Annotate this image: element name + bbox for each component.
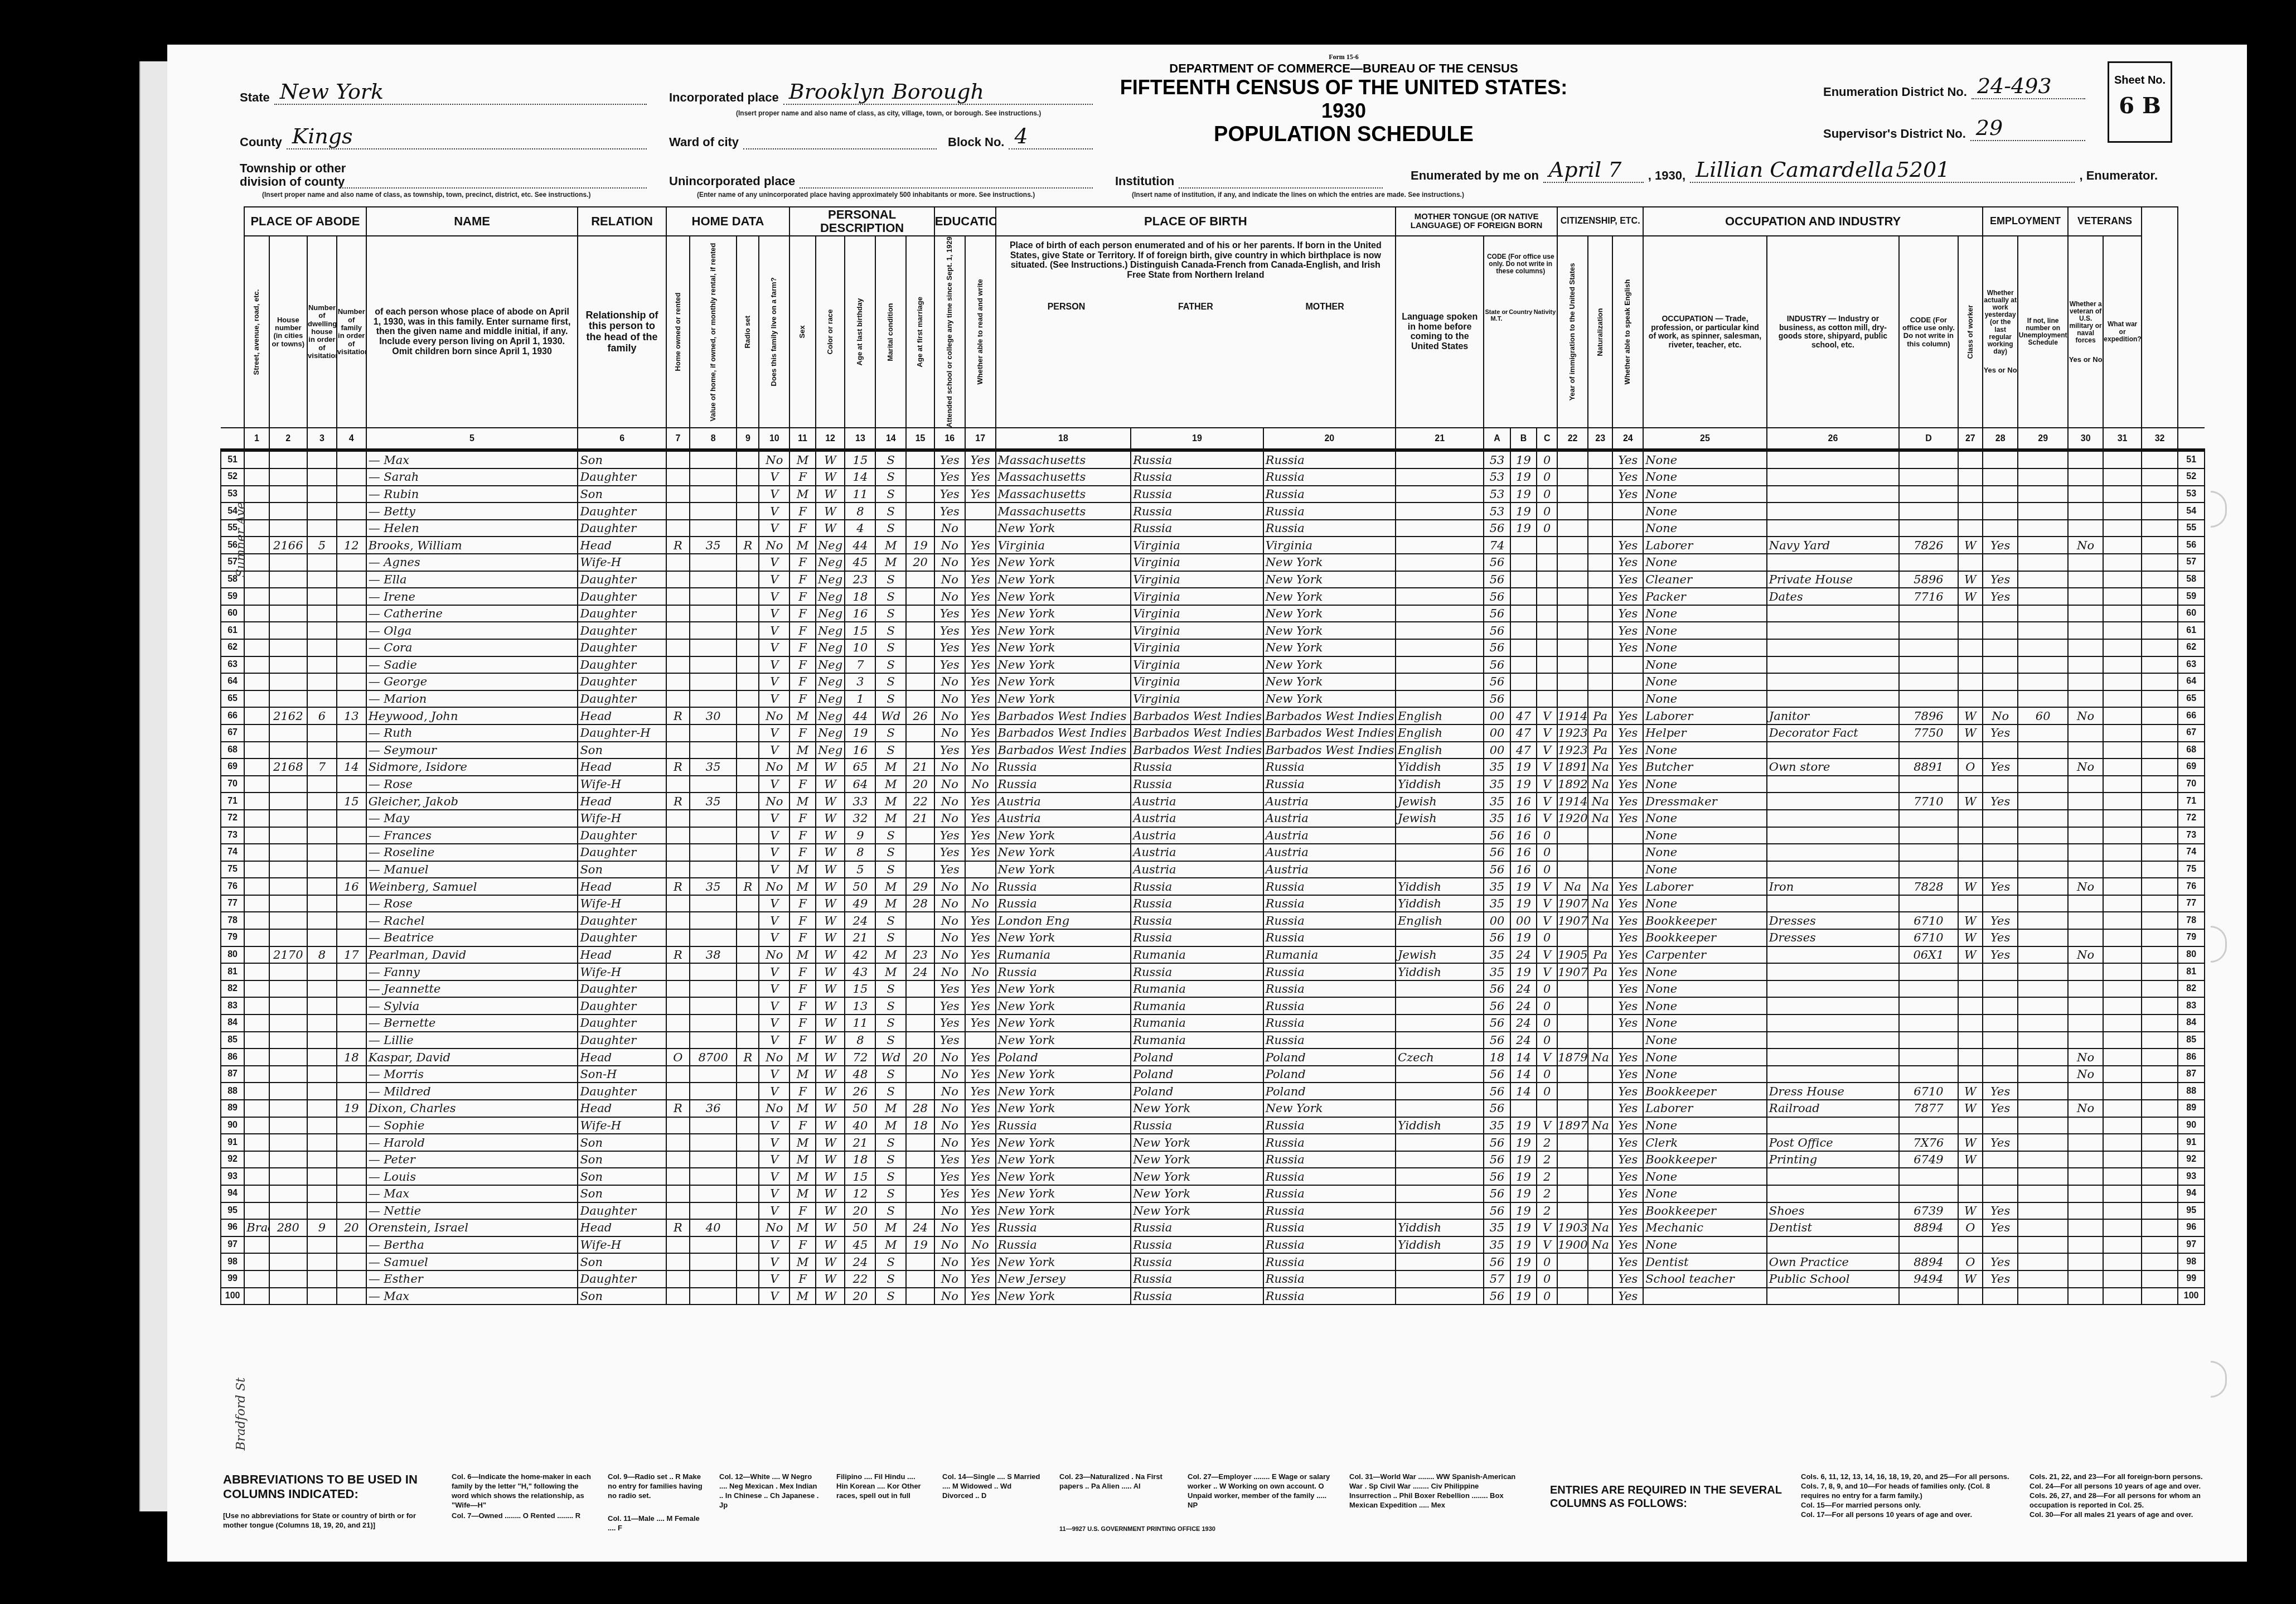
cell-farm: V <box>759 1151 789 1168</box>
cell-farm: No <box>759 1100 789 1117</box>
cell-family: 13 <box>337 707 366 724</box>
col-3-header: Number of dwelling house in order of vis… <box>307 236 337 428</box>
table-row: 692168714Sidmore, IsidoreHeadR35NoMW65M2… <box>221 758 2205 776</box>
cell-dwelling <box>307 861 337 878</box>
cell-work <box>1983 1049 2018 1066</box>
cell-bp-person: Barbados West Indies <box>996 707 1131 724</box>
cell-farm: V <box>759 605 789 622</box>
cell-owned <box>666 997 690 1014</box>
cell-school: No <box>934 588 965 605</box>
cell-english: Yes <box>1612 1151 1643 1168</box>
cell-english: Yes <box>1612 1014 1643 1032</box>
cell-radio <box>737 673 759 690</box>
cell-radio: R <box>737 1049 759 1066</box>
cell-family <box>337 639 366 656</box>
line-number-right: 60 <box>2178 605 2205 622</box>
cell-bp-person: Russia <box>996 1219 1131 1236</box>
cell-natur: Pa <box>1588 724 1612 742</box>
cell-work <box>1983 827 2018 844</box>
cell-language <box>1396 1270 1484 1288</box>
cell-bp-mother: Russia <box>1263 1151 1396 1168</box>
cell-immig: 1907 <box>1557 912 1588 929</box>
cell-code-c: V <box>1537 1117 1557 1134</box>
cell-radio <box>737 1185 759 1202</box>
table-row: 65— MarionDaughterVFNeg1SNoYesNew YorkVi… <box>221 690 2205 708</box>
cell-unemp <box>2018 1288 2068 1305</box>
cell-sex: M <box>789 1049 815 1066</box>
cell-vet <box>2068 639 2103 656</box>
cell-code-d <box>1899 827 1958 844</box>
cell-marital: Wd <box>875 707 906 724</box>
cell-house <box>269 1083 308 1100</box>
cell-class <box>1958 827 1983 844</box>
cell-industry: Own Practice <box>1767 1253 1899 1270</box>
cell-sex: F <box>789 588 815 605</box>
cell-unemp <box>2018 929 2068 946</box>
cell-farm-sched <box>2142 639 2178 656</box>
cell-unemp <box>2018 1202 2068 1220</box>
cell-unemp <box>2018 673 2068 690</box>
cell-age-marr <box>906 1288 934 1305</box>
cell-radio <box>737 742 759 759</box>
cell-bp-father: Russia <box>1131 929 1263 946</box>
cell-dwelling <box>307 1202 337 1220</box>
line-number: 100 <box>221 1288 244 1305</box>
cell-code-a: 56 <box>1484 1253 1510 1270</box>
cell-code-d: 8894 <box>1899 1219 1958 1236</box>
cell-read: Yes <box>965 724 996 742</box>
col-16-header: Attended school or college any time sinc… <box>934 236 965 428</box>
cell-farm-sched <box>2142 486 2178 503</box>
cell-code-d <box>1899 639 1958 656</box>
line-number: 61 <box>221 622 244 639</box>
cell-english: Yes <box>1612 571 1643 588</box>
cell-language: Jewish <box>1396 793 1484 810</box>
cell-read: Yes <box>965 1288 996 1305</box>
cell-code-a: 35 <box>1484 776 1510 793</box>
block-field: Block No. 4 <box>948 128 1093 149</box>
cell-language <box>1396 929 1484 946</box>
cell-industry <box>1767 486 1899 503</box>
cell-code-d: 7716 <box>1899 588 1958 605</box>
cell-age: 16 <box>845 742 875 759</box>
cell-name: — Sarah <box>366 468 578 486</box>
cell-bp-mother: Austria <box>1263 827 1396 844</box>
cell-unemp <box>2018 827 2068 844</box>
cell-bp-mother: Barbados West Indies <box>1263 707 1396 724</box>
cell-sex: M <box>789 1185 815 1202</box>
cell-age: 16 <box>845 605 875 622</box>
cell-owned <box>666 503 690 520</box>
cell-dwelling: 9 <box>307 1219 337 1236</box>
line-number: 62 <box>221 639 244 656</box>
cell-sex: M <box>789 793 815 810</box>
col-8-header: Value of home, if owned, or monthly rent… <box>690 236 737 428</box>
cell-value <box>690 690 737 708</box>
cell-age: 15 <box>845 622 875 639</box>
col-7-header: Home owned or rented <box>666 236 690 428</box>
cell-family <box>337 980 366 998</box>
cell-code-b: 16 <box>1510 827 1537 844</box>
cell-bp-mother: New York <box>1263 639 1396 656</box>
cell-farm-sched <box>2142 980 2178 998</box>
cell-work <box>1983 1168 2018 1185</box>
cell-unemp <box>2018 1014 2068 1032</box>
cell-age-marr <box>906 520 934 537</box>
cell-school: No <box>934 571 965 588</box>
cell-language <box>1396 1185 1484 1202</box>
cell-relation: Head <box>578 1219 666 1236</box>
cell-natur <box>1588 1168 1612 1185</box>
cell-sex: F <box>789 622 815 639</box>
cell-code-c: 2 <box>1537 1202 1557 1220</box>
cell-work <box>1983 861 2018 878</box>
cell-immig <box>1557 588 1588 605</box>
cell-farm-sched <box>2142 1049 2178 1066</box>
line-number: 67 <box>221 724 244 742</box>
cell-class: W <box>1958 793 1983 810</box>
cell-marital: S <box>875 929 906 946</box>
line-number-right: 64 <box>2178 673 2205 690</box>
cell-owned <box>666 1185 690 1202</box>
cell-radio <box>737 929 759 946</box>
cell-code-b: 19 <box>1510 895 1537 912</box>
cell-relation: Head <box>578 1100 666 1117</box>
cell-vet <box>2068 742 2103 759</box>
line-number-right: 82 <box>2178 980 2205 998</box>
cell-dwelling <box>307 793 337 810</box>
cell-unemp: 60 <box>2018 707 2068 724</box>
cell-unemp <box>2018 793 2068 810</box>
cell-school: Yes <box>934 1168 965 1185</box>
cell-farm-sched <box>2142 1014 2178 1032</box>
cell-code-b: 16 <box>1510 793 1537 810</box>
cell-school: Yes <box>934 656 965 674</box>
cell-dwelling <box>307 639 337 656</box>
cell-language <box>1396 554 1484 571</box>
col-18-header: PERSON <box>1002 302 1131 312</box>
cell-natur <box>1588 1083 1612 1100</box>
cell-bp-father: Russia <box>1131 776 1263 793</box>
cell-radio <box>737 793 759 810</box>
cell-name: Orenstein, Israel <box>366 1219 578 1236</box>
cell-code-a: 56 <box>1484 929 1510 946</box>
cell-war <box>2103 1270 2142 1288</box>
cell-occupation: Mechanic <box>1643 1219 1767 1236</box>
cell-bp-father: Virginia <box>1131 554 1263 571</box>
cell-owned <box>666 486 690 503</box>
cell-owned <box>666 1168 690 1185</box>
col-25-header: OCCUPATION — Trade, profession, or parti… <box>1643 236 1767 428</box>
cell-vet <box>2068 673 2103 690</box>
cell-sex: F <box>789 1083 815 1100</box>
cell-school: No <box>934 1236 965 1254</box>
cell-family <box>337 622 366 639</box>
cell-street <box>244 1100 269 1117</box>
cell-code-b <box>1510 656 1537 674</box>
cell-family <box>337 963 366 980</box>
cell-value <box>690 742 737 759</box>
cell-radio <box>737 468 759 486</box>
cell-language: English <box>1396 707 1484 724</box>
cell-read: Yes <box>965 742 996 759</box>
cell-marital: S <box>875 1151 906 1168</box>
cell-industry <box>1767 861 1899 878</box>
cell-radio <box>737 1066 759 1083</box>
cell-age: 26 <box>845 1083 875 1100</box>
cell-sex: F <box>789 1202 815 1220</box>
cell-owned: R <box>666 707 690 724</box>
cell-relation: Son <box>578 450 666 468</box>
cell-bp-person: Virginia <box>996 537 1131 554</box>
table-row: 82— JeannetteDaughterVFW15SYesYesNew Yor… <box>221 980 2205 998</box>
cell-bp-person: Massachusetts <box>996 503 1131 520</box>
line-number: 76 <box>221 878 244 895</box>
cell-class: W <box>1958 912 1983 929</box>
cell-age: 19 <box>845 724 875 742</box>
group-home-data: HOME DATA <box>666 207 790 236</box>
cell-work: Yes <box>1983 1100 2018 1117</box>
table-row: 90— SophieWife-HVFW40M18NoYesRussiaRussi… <box>221 1117 2205 1134</box>
cell-unemp <box>2018 622 2068 639</box>
cell-code-a: 00 <box>1484 707 1510 724</box>
cell-house <box>269 1288 308 1305</box>
cell-language <box>1396 1083 1484 1100</box>
cell-occupation: Helper <box>1643 724 1767 742</box>
cell-name: — Lillie <box>366 1032 578 1049</box>
line-number: 89 <box>221 1100 244 1117</box>
cell-farm: V <box>759 929 789 946</box>
cell-relation: Daughter <box>578 827 666 844</box>
cell-race: W <box>816 1151 845 1168</box>
cell-name: Kaspar, David <box>366 1049 578 1066</box>
cell-age-marr <box>906 1151 934 1168</box>
birth-header: Place of birth of each person enumerated… <box>996 236 1396 428</box>
cell-bp-father: Rumania <box>1131 980 1263 998</box>
cell-family <box>337 1151 366 1168</box>
cell-natur <box>1588 1066 1612 1083</box>
cell-english: Yes <box>1612 707 1643 724</box>
cell-english: Yes <box>1612 554 1643 571</box>
cell-relation: Head <box>578 793 666 810</box>
table-row: 68— SeymourSonVMNeg16SYesYesBarbados Wes… <box>221 742 2205 759</box>
cell-unemp <box>2018 537 2068 554</box>
cell-house: 2166 <box>269 537 308 554</box>
cell-sex: M <box>789 758 815 776</box>
cell-age-marr: 26 <box>906 707 934 724</box>
cell-bp-person: Rumania <box>996 946 1131 964</box>
cell-war <box>2103 1049 2142 1066</box>
cell-name: — Mildred <box>366 1083 578 1100</box>
cell-vet <box>2068 622 2103 639</box>
cell-read: Yes <box>965 929 996 946</box>
cell-immig <box>1557 1253 1588 1270</box>
cell-age-marr <box>906 622 934 639</box>
cell-unemp <box>2018 810 2068 827</box>
cell-owned <box>666 450 690 468</box>
cell-farm: V <box>759 776 789 793</box>
cell-english: Yes <box>1612 605 1643 622</box>
cell-read: Yes <box>965 1117 996 1134</box>
cell-age-marr: 18 <box>906 1117 934 1134</box>
cell-occupation: None <box>1643 895 1767 912</box>
cell-code-c <box>1537 588 1557 605</box>
cell-class: W <box>1958 1151 1983 1168</box>
cell-radio <box>737 912 759 929</box>
line-number-right: 92 <box>2178 1151 2205 1168</box>
cell-bp-mother: Russia <box>1263 503 1396 520</box>
cell-age-marr <box>906 1202 934 1220</box>
cell-war <box>2103 1100 2142 1117</box>
table-row: 51— MaxSonNoMW15SYesYesMassachusettsRuss… <box>221 450 2205 468</box>
cell-class <box>1958 1236 1983 1254</box>
cell-vet <box>2068 450 2103 468</box>
cell-occupation: None <box>1643 1066 1767 1083</box>
cell-bp-person: Russia <box>996 1117 1131 1134</box>
cell-age: 13 <box>845 997 875 1014</box>
cell-code-d: 6749 <box>1899 1151 1958 1168</box>
cell-vet <box>2068 656 2103 674</box>
cell-vet <box>2068 1014 2103 1032</box>
cell-war <box>2103 588 2142 605</box>
cell-name: — Sylvia <box>366 997 578 1014</box>
cell-natur <box>1588 450 1612 468</box>
cell-read: Yes <box>965 1270 996 1288</box>
cell-language <box>1396 622 1484 639</box>
table-row: 77— RoseWife-HVFW49M28NoNoRussiaRussiaRu… <box>221 895 2205 912</box>
cell-dwelling <box>307 1134 337 1151</box>
cell-value <box>690 673 737 690</box>
cell-code-c: V <box>1537 724 1557 742</box>
cell-code-d <box>1899 742 1958 759</box>
cell-race: W <box>816 468 845 486</box>
cell-dwelling <box>307 1151 337 1168</box>
cell-family <box>337 468 366 486</box>
cell-farm: No <box>759 758 789 776</box>
cell-work <box>1983 1117 2018 1134</box>
cell-dwelling <box>307 622 337 639</box>
cell-age: 42 <box>845 946 875 964</box>
cell-code-d: 8891 <box>1899 758 1958 776</box>
cell-code-d <box>1899 1014 1958 1032</box>
cell-natur: Na <box>1588 776 1612 793</box>
cell-race: W <box>816 929 845 946</box>
cell-race: W <box>816 503 845 520</box>
cell-relation: Son <box>578 1151 666 1168</box>
cell-school: No <box>934 1049 965 1066</box>
cell-age: 7 <box>845 656 875 674</box>
cell-immig <box>1557 690 1588 708</box>
cell-value: 35 <box>690 793 737 810</box>
ward-field: Ward of city <box>669 128 937 149</box>
cell-school: No <box>934 1117 965 1134</box>
cell-age: 32 <box>845 810 875 827</box>
cell-farm-sched <box>2142 844 2178 861</box>
cell-age: 8 <box>845 844 875 861</box>
cell-sex: F <box>789 503 815 520</box>
cell-code-b: 19 <box>1510 1134 1537 1151</box>
cell-dwelling: 6 <box>307 707 337 724</box>
cell-race: W <box>816 486 845 503</box>
township-field <box>340 167 647 189</box>
cell-name: — Catherine <box>366 605 578 622</box>
cell-farm-sched <box>2142 1270 2178 1288</box>
cell-dwelling <box>307 450 337 468</box>
cell-code-a: 35 <box>1484 895 1510 912</box>
cell-war <box>2103 1236 2142 1254</box>
cell-class <box>1958 742 1983 759</box>
cell-natur <box>1588 639 1612 656</box>
cell-vet <box>2068 827 2103 844</box>
cell-race: W <box>816 793 845 810</box>
cell-family <box>337 1083 366 1100</box>
line-number-right: 71 <box>2178 793 2205 810</box>
cell-bp-mother: New York <box>1263 690 1396 708</box>
cell-bp-person: New York <box>996 588 1131 605</box>
cell-marital: S <box>875 997 906 1014</box>
cell-age: 44 <box>845 707 875 724</box>
cell-school: No <box>934 1066 965 1083</box>
cell-immig: 1903 <box>1557 1219 1588 1236</box>
cell-industry: Printing <box>1767 1151 1899 1168</box>
cell-code-d <box>1899 997 1958 1014</box>
cell-work <box>1983 776 2018 793</box>
cell-code-a: 56 <box>1484 1185 1510 1202</box>
cell-war <box>2103 878 2142 895</box>
margin-note-street-1: Sumner Ave <box>234 502 248 577</box>
cell-name: Sidmore, Isidore <box>366 758 578 776</box>
cell-race: W <box>816 1270 845 1288</box>
cell-language: Yiddish <box>1396 776 1484 793</box>
cell-age-marr <box>906 827 934 844</box>
col-14-header: Marital condition <box>875 236 906 428</box>
cell-school: Yes <box>934 980 965 998</box>
cell-name: — Olga <box>366 622 578 639</box>
cell-read: Yes <box>965 844 996 861</box>
cell-unemp <box>2018 878 2068 895</box>
cell-occupation: None <box>1643 1168 1767 1185</box>
cell-sex: F <box>789 468 815 486</box>
cell-farm-sched <box>2142 1083 2178 1100</box>
cell-house: 2162 <box>269 707 308 724</box>
line-number: 69 <box>221 758 244 776</box>
cell-age-marr <box>906 486 934 503</box>
cell-dwelling <box>307 912 337 929</box>
cell-english: Yes <box>1612 878 1643 895</box>
cell-farm-sched <box>2142 1253 2178 1270</box>
cell-farm-sched <box>2142 622 2178 639</box>
cell-farm: No <box>759 450 789 468</box>
cell-read: Yes <box>965 980 996 998</box>
cell-value <box>690 1236 737 1254</box>
cell-read: No <box>965 776 996 793</box>
cell-natur <box>1588 861 1612 878</box>
cell-immig <box>1557 673 1588 690</box>
cell-code-c: 0 <box>1537 844 1557 861</box>
cell-read <box>965 520 996 537</box>
cell-owned <box>666 980 690 998</box>
cell-english: Yes <box>1612 793 1643 810</box>
cell-owned <box>666 639 690 656</box>
cell-vet <box>2068 997 2103 1014</box>
cell-name: — Max <box>366 450 578 468</box>
cell-code-c: 2 <box>1537 1185 1557 1202</box>
cell-war <box>2103 1168 2142 1185</box>
cell-name: — Samuel <box>366 1253 578 1270</box>
cell-work <box>1983 690 2018 708</box>
cell-war <box>2103 673 2142 690</box>
table-row: 95— NettieDaughterVFW20SNoYesNew YorkNew… <box>221 1202 2205 1220</box>
